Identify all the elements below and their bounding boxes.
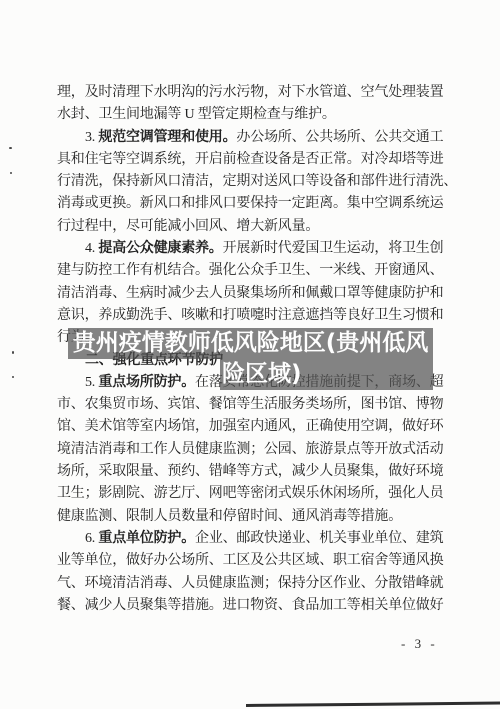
document-line: 境清洁消毒和工作人员健康监测；公园、旅游景点等开放式活动 <box>57 439 449 461</box>
headline-overlay-line2: 险区域) <box>220 359 433 390</box>
text-run: 馆、美术馆等室内场馆，加强室内通风，正确使用空调，做好环 <box>57 419 443 434</box>
document-line: 卫生；影剧院、游艺厅、网吧等密闭式娱乐休闲场所，强化人员 <box>57 483 449 505</box>
text-run: 理，及时清理下水明沟的污水污物，对下水管道、空气处理装置 <box>57 85 443 100</box>
text-run: 水封、卫生间地漏等 U 型管定期检查与维护。 <box>57 107 336 122</box>
page-number: - 3 - <box>401 636 438 652</box>
document-line: 4. 提高公众健康素养。开展新时代爱国卫生运动，将卫生创 <box>57 238 449 260</box>
text-run: 办公场所、公共场所、公共交通工 <box>236 130 443 145</box>
document-line: 气、环境清洁消毒、人员健康监测；保持分区作业、分散错峰就 <box>57 573 449 595</box>
document-line: 清洁消毒、生病时减少去人员聚集场所和佩戴口罩等健康防护和 <box>57 283 449 305</box>
headline-overlay-line1: 贵州疫情教师低风险地区(贵州低风 <box>68 328 433 359</box>
text-run: 市、农集贸市场、宾馆、餐馆等生活服务类场所，图书馆、博物 <box>57 397 443 412</box>
text-run: 建与防控工作有机结合。强化公众手卫生、一米线、开窗通风、 <box>57 263 443 278</box>
lead-phrase: 规范空调管理和使用。 <box>98 130 236 145</box>
document-line: 水封、卫生间地漏等 U 型管定期检查与维护。 <box>57 104 449 126</box>
document-line: 行清洗，保持新风口清洁，定期对送风口等设备和部件进行清洗、 <box>57 171 449 193</box>
text-run: 气、环境清洁消毒、人员健康监测；保持分区作业、分散错峰就 <box>57 576 443 591</box>
text-run: 具和住宅等空调系统，开启前检查设备是否正常。对冷却塔等进 <box>57 152 443 167</box>
text-run: 企业、邮政快递业、机关事业单位、建筑 <box>195 531 443 546</box>
scan-speck <box>12 376 14 378</box>
text-run: 行过程中，尽可能减小回风、增大新风量。 <box>57 219 319 234</box>
text-run: 6. <box>85 531 98 546</box>
document-line: 3. 规范空调管理和使用。办公场所、公共场所、公共交通工 <box>57 127 449 149</box>
document-line: 意识，养成勤洗手、咳嗽和打喷嚏时注意遮挡等良好卫生习惯和 <box>57 305 449 327</box>
document-line: 业等单位，做好办公场所、工区及公共区域、职工宿舍等通风换 <box>57 550 449 572</box>
document-line: 餐、减少人员聚集等措施。进口物资、食品加工等相关单位做好 <box>57 595 449 617</box>
text-run: 5. <box>85 375 98 390</box>
text-run: 餐、减少人员聚集等措施。进口物资、食品加工等相关单位做好 <box>57 598 443 613</box>
lead-phrase: 提高公众健康素养。 <box>98 241 222 256</box>
scan-speck <box>9 147 12 149</box>
text-run: 场所，采取限量、预约、错峰等方式，减少人员聚集，做好环境 <box>57 464 443 479</box>
text-run: 意识，养成勤洗手、咳嗽和打喷嚏时注意遮挡等良好卫生习惯和 <box>57 308 443 323</box>
text-run: 消毒或更换。新风口和排风口要保持一定距离。集中空调系统运 <box>57 196 443 211</box>
document-line: 市、农集贸市场、宾馆、餐馆等生活服务类场所，图书馆、博物 <box>57 394 449 416</box>
text-run: 境清洁消毒和工作人员健康监测；公园、旅游景点等开放式活动 <box>57 442 443 457</box>
document-line: 具和住宅等空调系统，开启前检查设备是否正常。对冷却塔等进 <box>57 149 449 171</box>
document-line: 理，及时清理下水明沟的污水污物，对下水管道、空气处理装置 <box>57 82 449 104</box>
text-run: 清洁消毒、生病时减少去人员聚集场所和佩戴口罩等健康防护和 <box>57 286 443 301</box>
document-line: 6. 重点单位防护。企业、邮政快递业、机关事业单位、建筑 <box>57 528 449 550</box>
document-line: 行过程中，尽可能减小回风、增大新风量。 <box>57 216 449 238</box>
lead-phrase: 重点场所防护。 <box>98 375 195 390</box>
scan-speck <box>10 172 12 174</box>
text-run: 健康监测、限制人员数量和停留时间、通风消毒等措施。 <box>57 509 402 524</box>
text-run: 业等单位，做好办公场所、工区及公共区域、职工宿舍等通风换 <box>57 553 443 568</box>
document-line: 场所，采取限量、预约、错峰等方式，减少人员聚集，做好环境 <box>57 461 449 483</box>
scanned-document-page: 理，及时清理下水明沟的污水污物，对下水管道、空气处理装置水封、卫生间地漏等 U … <box>0 0 500 709</box>
scan-speck <box>12 351 14 354</box>
text-run: 卫生；影剧院、游艺厅、网吧等密闭式娱乐休闲场所，强化人员 <box>57 486 443 501</box>
text-run: 开展新时代爱国卫生运动，将卫生创 <box>223 241 444 256</box>
document-line: 馆、美术馆等室内场馆，加强室内通风，正确使用空调，做好环 <box>57 416 449 438</box>
text-run: 3. <box>85 130 98 145</box>
text-run: 4. <box>85 241 98 256</box>
document-line: 建与防控工作有机结合。强化公众手卫生、一米线、开窗通风、 <box>57 260 449 282</box>
scan-edge-line <box>246 702 500 707</box>
text-run: 行清洗，保持新风口清洁，定期对送风口等设备和部件进行清洗、 <box>57 174 457 189</box>
document-line: 消毒或更换。新风口和排风口要保持一定距离。集中空调系统运 <box>57 193 449 215</box>
lead-phrase: 重点单位防护。 <box>98 531 195 546</box>
document-line: 健康监测、限制人员数量和停留时间、通风消毒等措施。 <box>57 506 449 528</box>
